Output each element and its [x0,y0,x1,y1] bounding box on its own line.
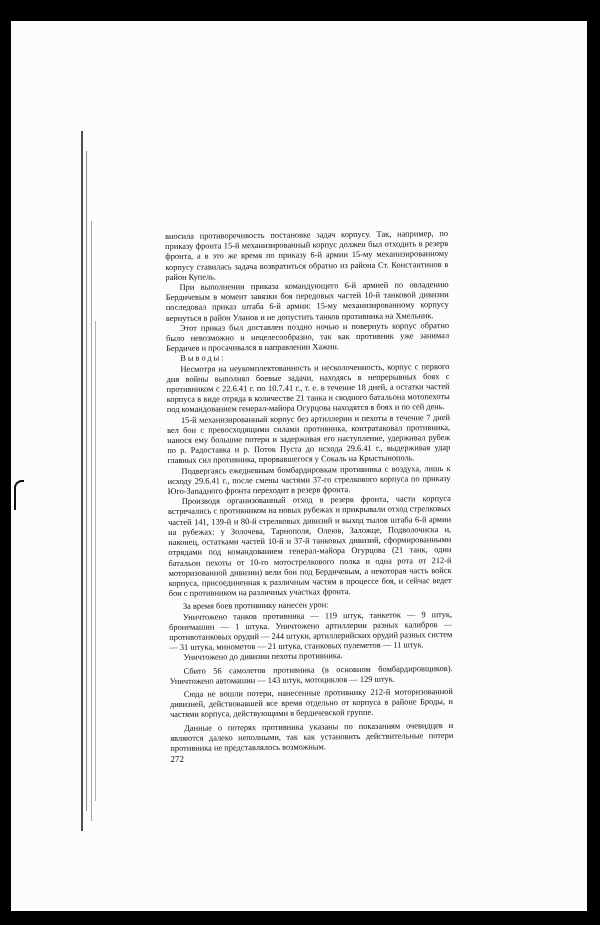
paragraph: Сюда не вошли потери, нанесенные противн… [170,687,453,721]
paragraph: Этот приказ был доставлен поздно ночью и… [166,321,449,355]
paragraph: 15-й механизированный корпус без артилле… [167,413,451,467]
paragraph: Несмотря на неукомплектованность и неско… [166,362,450,416]
paragraph: Данные о потерях противника указаны по п… [170,721,453,755]
document-body: вносила противоречивость постановке зада… [165,229,454,764]
paragraph: Уничтожено танков противника — 119 штук,… [169,610,452,654]
scan-gutter-line [86,151,87,811]
scan-gutter-line [81,131,83,831]
paragraph: вносила противоречивость постановке зада… [165,229,449,283]
scan-artifact-mark [14,480,24,510]
paragraph: Сбито 56 самолетов противника (в основно… [170,664,453,687]
scan-gutter-line [95,321,96,801]
paragraph: Уничтожено до дивизии пехоты противника. [169,650,452,663]
paragraph: Подвергаясь ежедневным бомбардировкам пр… [167,464,450,498]
paragraph: При выполнении приказа командующего 6-й … [166,280,449,324]
paragraph: Производя организованный отход в резерв … [168,494,452,599]
scan-gutter-line [91,221,92,821]
